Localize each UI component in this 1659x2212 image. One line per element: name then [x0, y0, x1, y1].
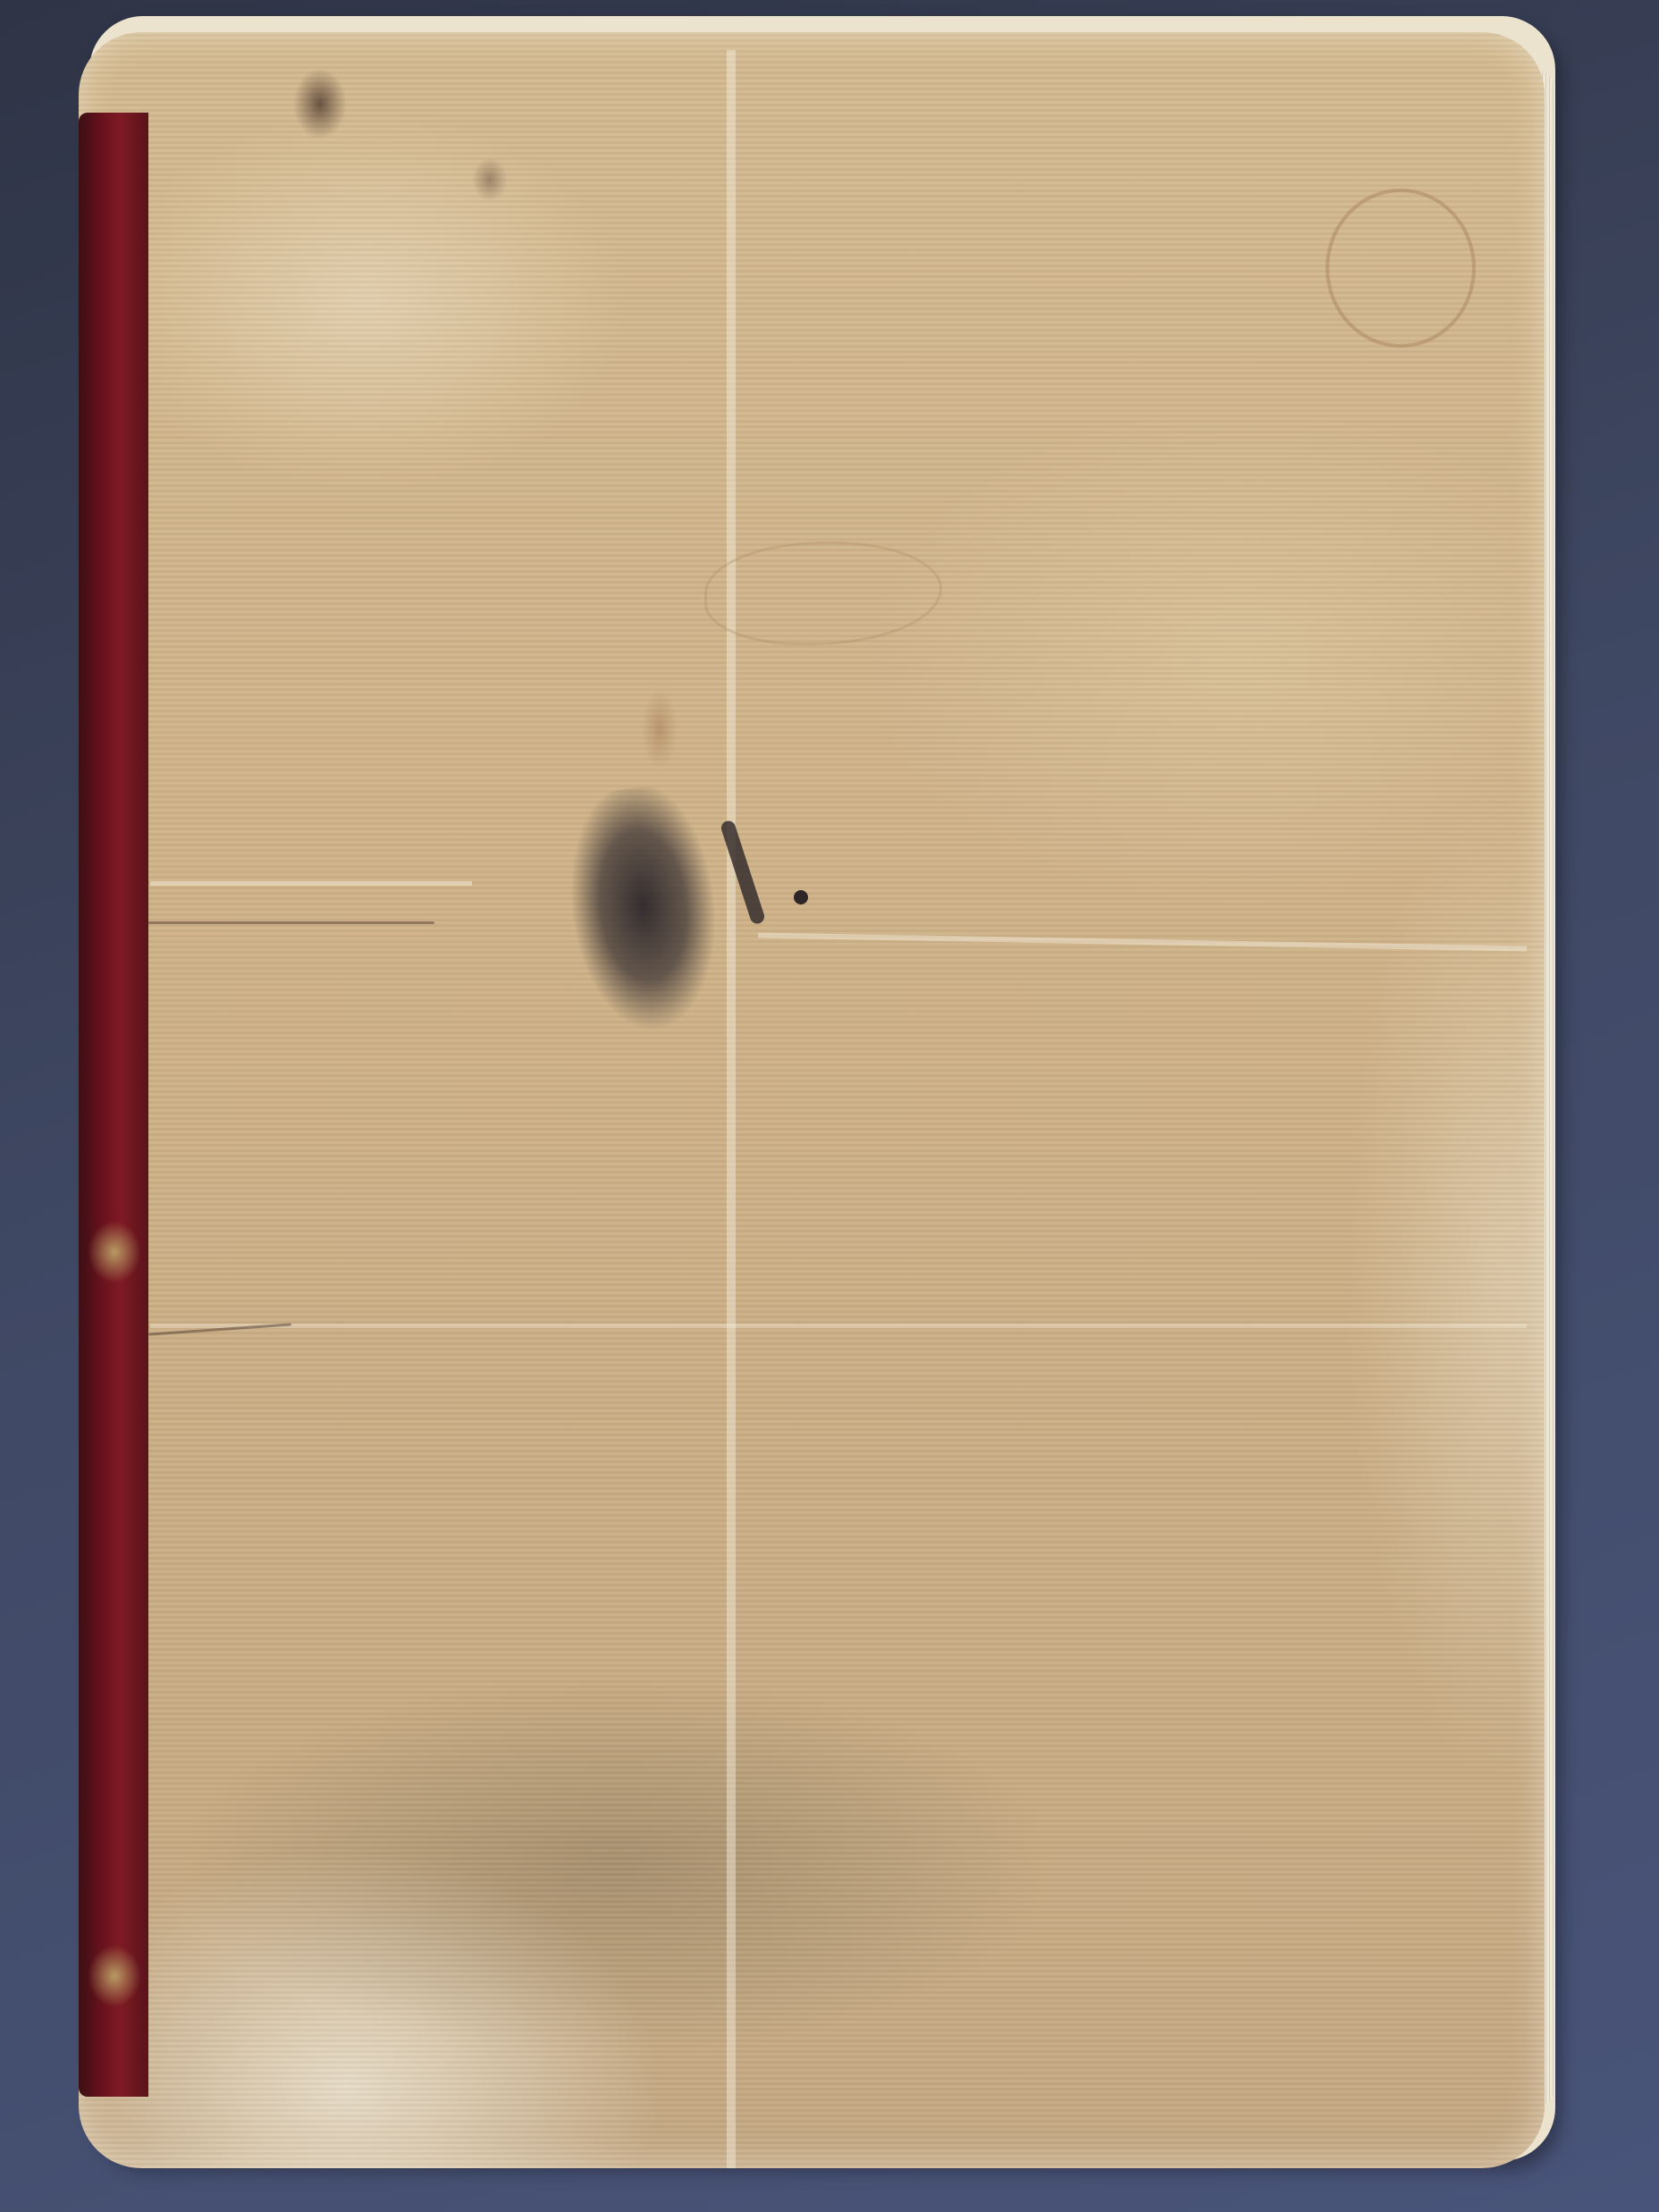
horizontal-crease: [758, 932, 1527, 951]
ring-stain: [1326, 189, 1476, 348]
corner-ink-stain: [293, 68, 347, 139]
paper-texture: [79, 32, 1545, 2168]
water-stain: [704, 542, 942, 645]
small-stain: [472, 157, 508, 202]
drip-stain: [642, 689, 678, 770]
photo-scene: [0, 0, 1659, 2212]
leather-spine: [79, 113, 148, 2097]
vertical-crease: [727, 50, 736, 2168]
ink-dot: [794, 890, 808, 904]
horizontal-crease: [150, 1324, 1527, 1328]
spine-wear: [88, 1221, 141, 1283]
spine-wear: [88, 1945, 141, 2007]
crack-line: [148, 921, 434, 924]
ink-blot: [551, 779, 742, 1089]
horizontal-crease: [150, 881, 472, 886]
book-cover: [79, 32, 1545, 2168]
